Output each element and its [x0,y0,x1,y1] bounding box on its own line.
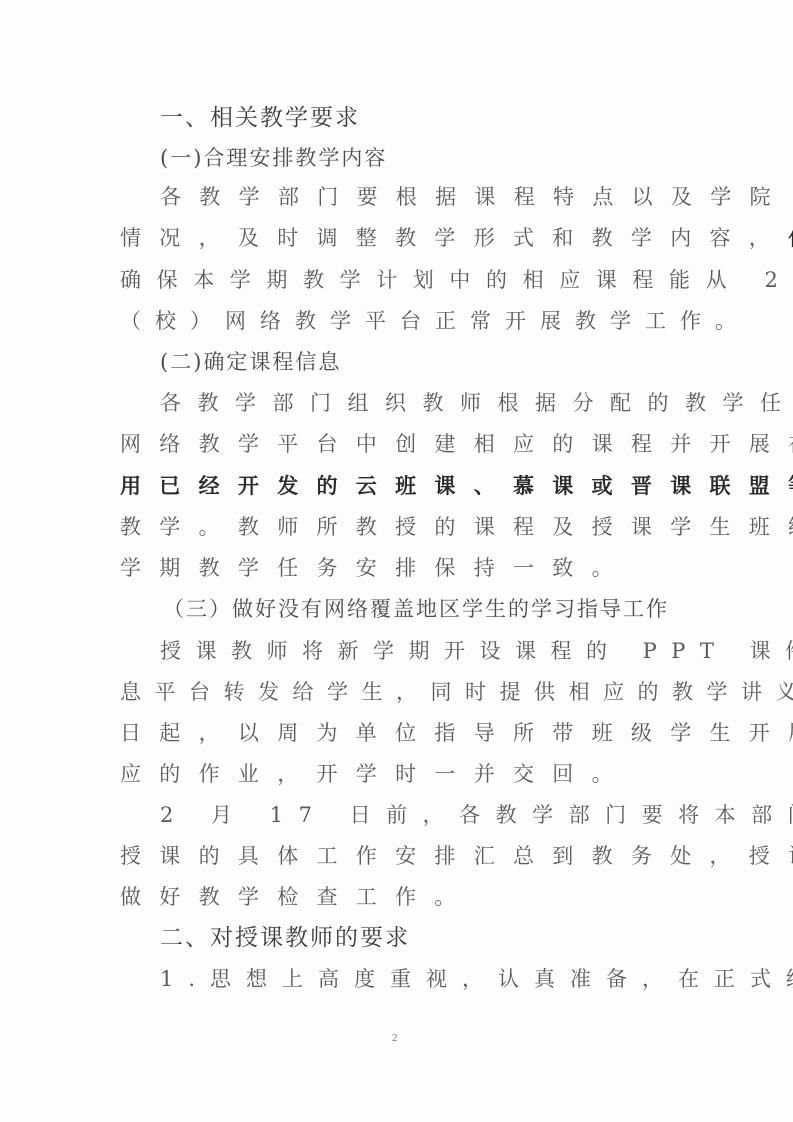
paragraph-line: 学期教学任务安排保持一致。 [120,548,680,588]
paragraph-line: 授课教师将新学期开设课程的 PPT 课件通过网络班级信 [160,631,680,671]
section-heading-1: 一、相关教学要求 [160,98,680,138]
paragraph-line: 做好教学检查工作。 [120,877,680,917]
paragraph-line: 息平台转发给学生，同时提供相应的教学讲义。从 2 月 17 [120,672,680,712]
paragraph-line: 情况，及时调整教学形式和教学内容，优先完成理论课教学， [120,218,680,258]
document-page: 一、相关教学要求 (一)合理安排教学内容 各教学部门要根据课程特点以及学院（校）… [0,0,793,1122]
emphasis-text: 用已经开发的云班课、慕课或晋课联盟等精品课程开展线上 [120,473,793,498]
paragraph-text: 网络教学平台中创建相应的课程并开展在线教学， [120,432,793,456]
paragraph-line: （校）网络教学平台正常开展教学工作。 [120,301,680,341]
paragraph-line: 教学。教师所教授的课程及授课学生班级应与学院（校）本 [120,507,680,547]
subsection-heading-1: (一)合理安排教学内容 [160,138,720,178]
subsection-heading-2: (二)确定课程信息 [160,342,720,382]
paragraph-line: 2 月 17 日前，各教学部门要将本部门延迟开学期间线上 [160,795,680,835]
paragraph-line: 各教学部门要根据课程特点以及学院（校）延期开学的 [160,177,680,217]
paragraph-line: 各教学部门组织教师根据分配的教学任务，在学院（校） [160,383,680,423]
subsection-heading-3: （三）做好没有网络覆盖地区学生的学习指导工作 [163,589,723,629]
paragraph-line: 日起，以周为单位指导所带班级学生开展学习活动并布置相 [120,713,680,753]
paragraph-text: 情况，及时调整教学形式和教学内容， [120,226,788,250]
list-item: 1.思想上高度重视，认真准备，在正式线上授课之前， [160,959,680,999]
emphasis-text: 优先完成理论课教学， [788,225,793,250]
paragraph-line: 授课的具体工作安排汇总到教务处，授课期间各教学部门要 [120,836,680,876]
page-number: 2 [392,1032,398,1044]
paragraph-line: 应的作业，开学时一并交回。 [120,754,680,794]
paragraph-line: 用已经开发的云班课、慕课或晋课联盟等精品课程开展线上 [120,466,680,506]
paragraph-line: 确保本学期教学计划中的相应课程能从 2 月 17 日起在学院 [120,260,680,300]
section-heading-2: 二、对授课教师的要求 [160,918,680,958]
paragraph-line: 网络教学平台中创建相应的课程并开展在线教学，也可以利 [120,424,680,464]
